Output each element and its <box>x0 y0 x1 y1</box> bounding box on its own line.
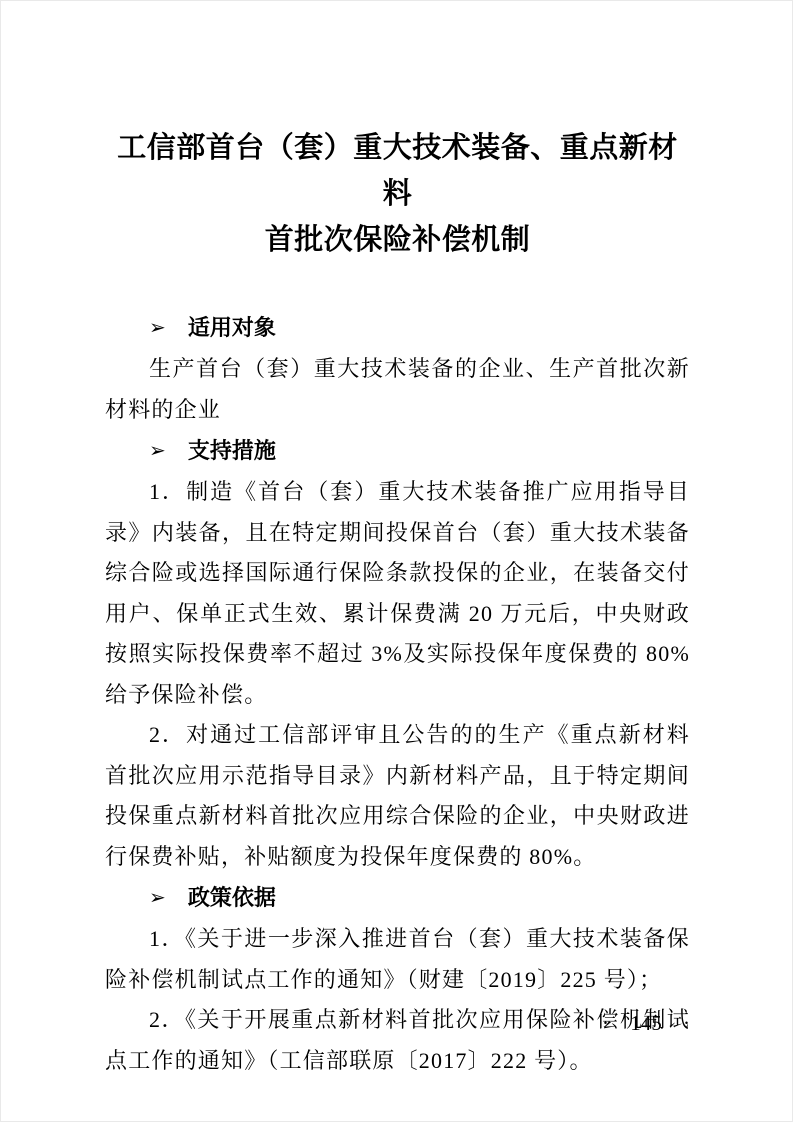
section-heading-label: 政策依据 <box>188 885 276 910</box>
arrow-bullet-icon: ➢ <box>149 430 166 471</box>
page-number-value: 145 <box>630 1009 662 1037</box>
document-page: 工信部首台（套）重大技术装备、重点新材料 首批次保险补偿机制 ➢ 适用对象 生产… <box>0 0 793 1122</box>
section-heading-support-measures: ➢ 支持措施 <box>105 430 690 472</box>
document-content: 工信部首台（套）重大技术装备、重点新材料 首批次保险补偿机制 ➢ 适用对象 生产… <box>105 125 690 1081</box>
page-number: · 145 · <box>105 1009 690 1037</box>
paragraph-policy-1: 1．《关于进一步深入推进首台（套）重大技术装备保险补偿机制试点工作的通知》（财建… <box>105 919 690 1000</box>
page-title-line-2: 首批次保险补偿机制 <box>265 224 531 256</box>
arrow-bullet-icon: ➢ <box>149 307 166 348</box>
paragraph-support-1: 1．制造《首台（套）重大技术装备推广应用指导目录》内装备，且在特定期间投保首台（… <box>105 472 690 715</box>
section-heading-scope: ➢ 适用对象 <box>105 307 690 349</box>
section-heading-label: 适用对象 <box>188 315 276 340</box>
page-title: 工信部首台（套）重大技术装备、重点新材料 首批次保险补偿机制 <box>105 125 690 263</box>
section-heading-policy-basis: ➢ 政策依据 <box>105 877 690 919</box>
page-number-dot-right: · <box>683 1009 690 1037</box>
page-number-dot-left: · <box>602 1009 609 1037</box>
arrow-bullet-icon: ➢ <box>149 877 166 918</box>
paragraph-scope-1: 生产首台（套）重大技术装备的企业、生产首批次新材料的企业 <box>105 349 690 430</box>
page-title-line-1: 工信部首台（套）重大技术装备、重点新材料 <box>117 132 678 210</box>
paragraph-support-2: 2．对通过工信部评审且公告的的生产《重点新材料首批次应用示范指导目录》内新材料产… <box>105 715 690 877</box>
section-heading-label: 支持措施 <box>188 438 276 463</box>
